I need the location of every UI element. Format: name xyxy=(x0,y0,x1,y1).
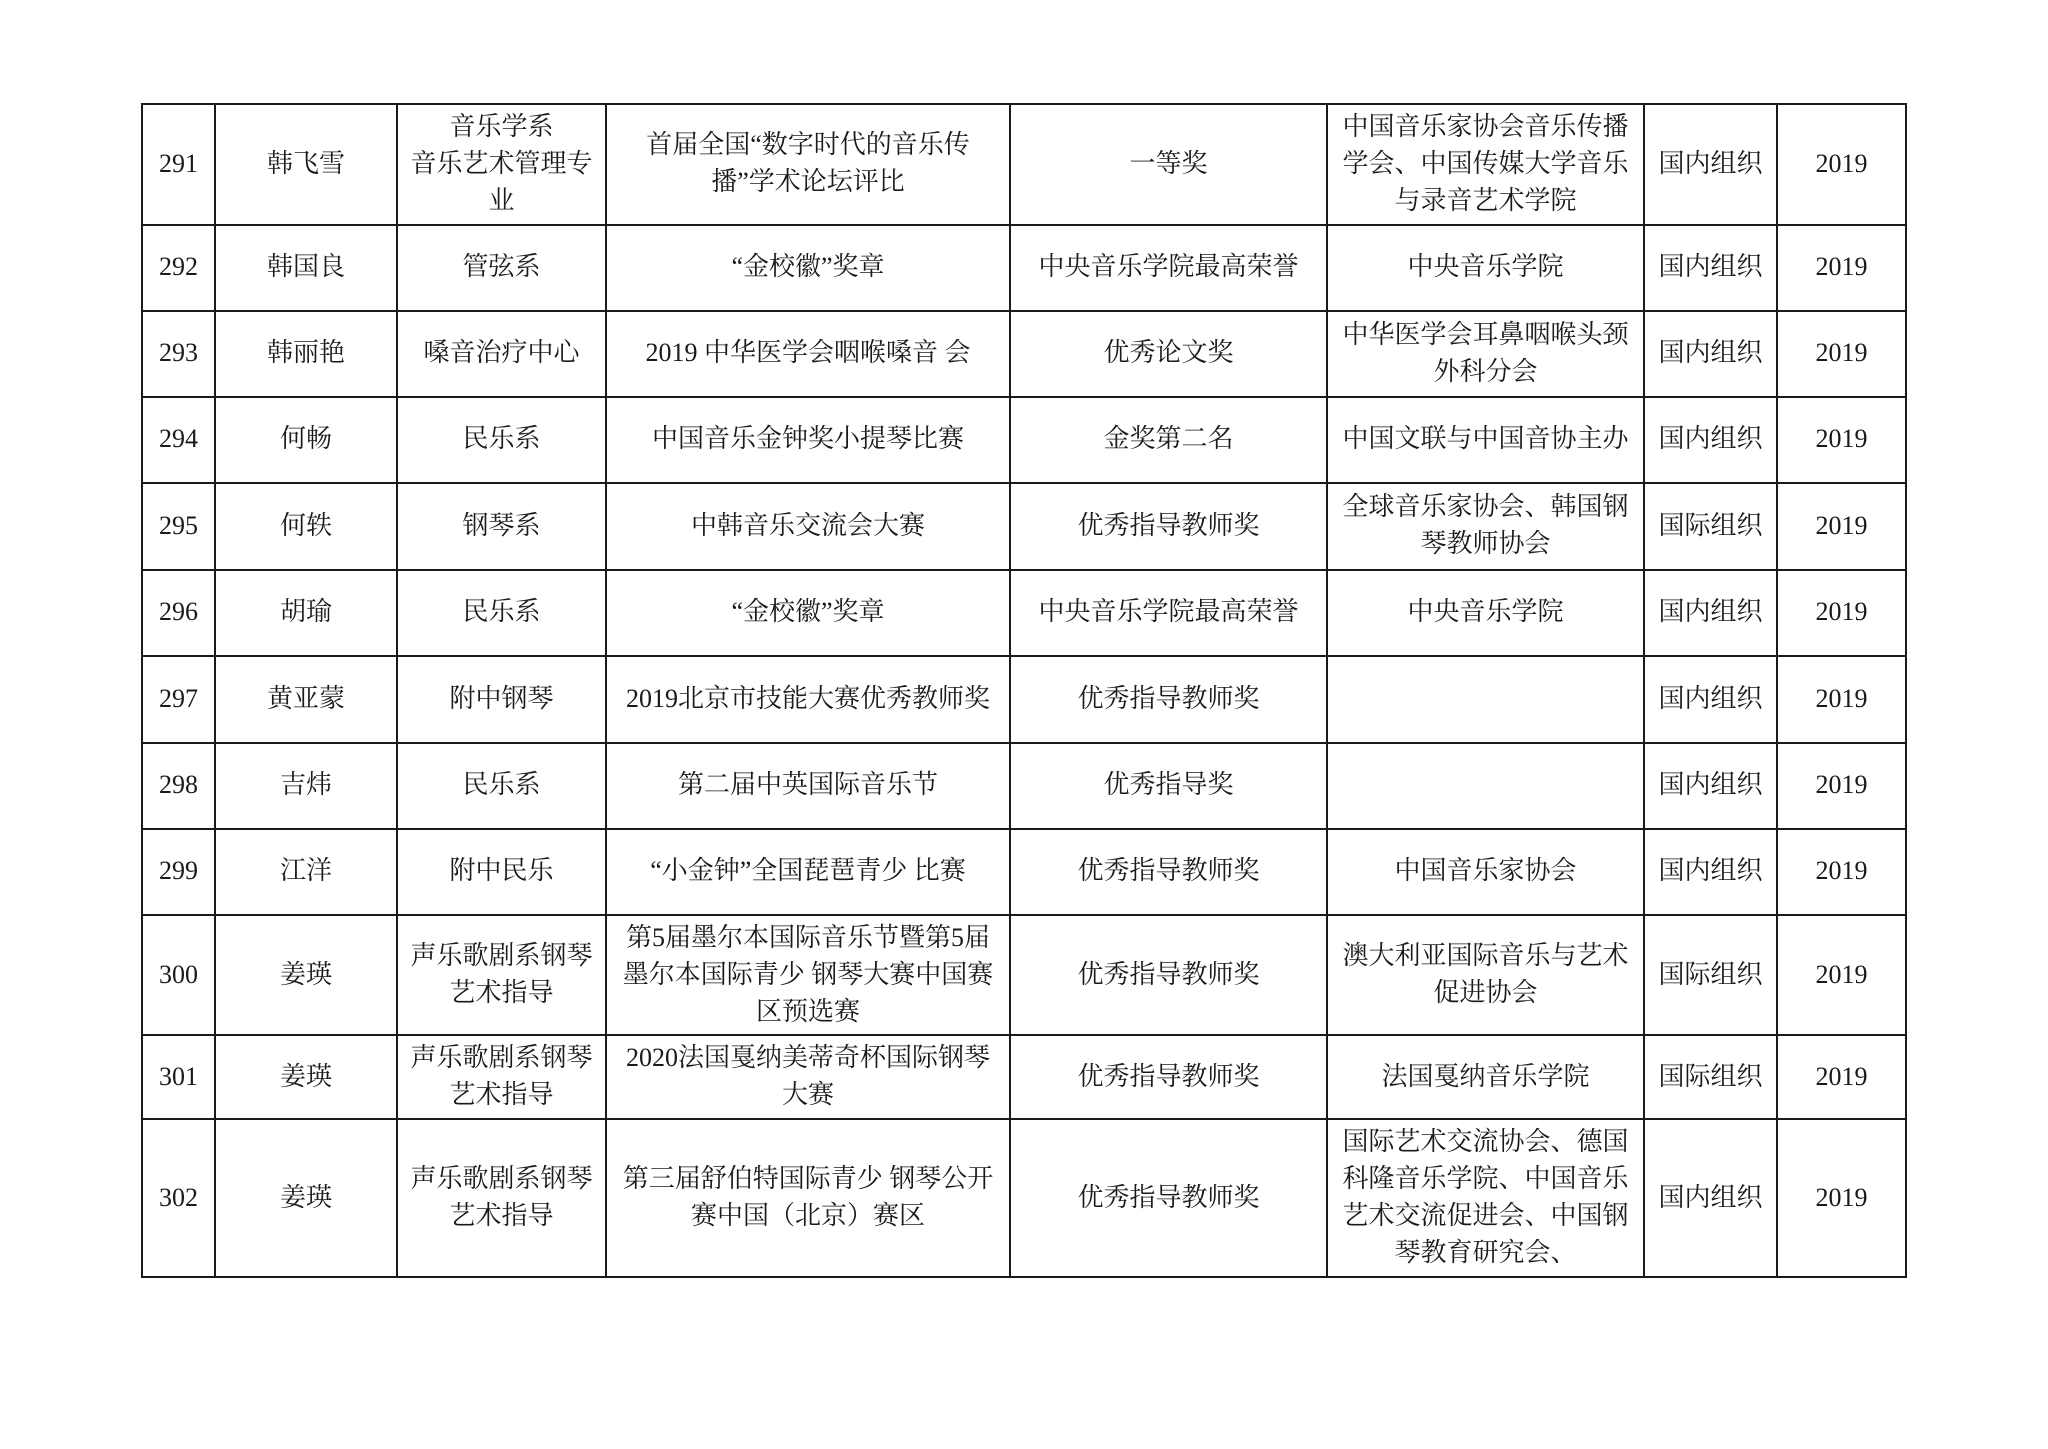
cell-year: 2019 xyxy=(1777,829,1906,915)
cell-department: 嗓音治疗中心 xyxy=(397,311,606,397)
cell-year: 2019 xyxy=(1777,311,1906,397)
cell-organization: 法国戛纳音乐学院 xyxy=(1327,1035,1644,1119)
cell-year: 2019 xyxy=(1777,1119,1906,1277)
cell-org_type: 国内组织 xyxy=(1644,397,1777,483)
cell-org_type: 国内组织 xyxy=(1644,225,1777,311)
cell-department: 管弦系 xyxy=(397,225,606,311)
cell-name: 何畅 xyxy=(215,397,397,483)
table-row: 296胡瑜民乐系“金校徽”奖章中央音乐学院最高荣誉中央音乐学院国内组织2019 xyxy=(142,570,1906,656)
cell-index: 295 xyxy=(142,483,215,570)
cell-year: 2019 xyxy=(1777,743,1906,829)
cell-organization: 中国文联与中国音协主办 xyxy=(1327,397,1644,483)
cell-competition: 首届全国“数字时代的音乐传播”学术论坛评比 xyxy=(606,104,1010,225)
cell-index: 294 xyxy=(142,397,215,483)
cell-organization: 中央音乐学院 xyxy=(1327,570,1644,656)
cell-index: 292 xyxy=(142,225,215,311)
cell-award: 优秀指导教师奖 xyxy=(1010,656,1327,743)
cell-name: 姜瑛 xyxy=(215,1119,397,1277)
table-row: 294何畅民乐系中国音乐金钟奖小提琴比赛金奖第二名中国文联与中国音协主办国内组织… xyxy=(142,397,1906,483)
cell-award: 优秀指导教师奖 xyxy=(1010,915,1327,1036)
cell-name: 吉炜 xyxy=(215,743,397,829)
cell-year: 2019 xyxy=(1777,1035,1906,1119)
cell-year: 2019 xyxy=(1777,225,1906,311)
cell-name: 江洋 xyxy=(215,829,397,915)
table-row: 291韩飞雪音乐学系 音乐艺术管理专业首届全国“数字时代的音乐传播”学术论坛评比… xyxy=(142,104,1906,225)
cell-competition: 2020法国戛纳美蒂奇杯国际钢琴大赛 xyxy=(606,1035,1010,1119)
cell-department: 音乐学系 音乐艺术管理专业 xyxy=(397,104,606,225)
cell-name: 姜瑛 xyxy=(215,915,397,1036)
cell-org_type: 国内组织 xyxy=(1644,104,1777,225)
cell-organization: 国际艺术交流协会、德国科隆音乐学院、中国音乐艺术交流促进会、中国钢琴教育研究会、 xyxy=(1327,1119,1644,1277)
table-row: 298吉炜民乐系第二届中英国际音乐节优秀指导奖国内组织2019 xyxy=(142,743,1906,829)
cell-index: 298 xyxy=(142,743,215,829)
cell-competition: 2019 中华医学会咽喉嗓音 会 xyxy=(606,311,1010,397)
cell-year: 2019 xyxy=(1777,656,1906,743)
cell-year: 2019 xyxy=(1777,570,1906,656)
cell-department: 民乐系 xyxy=(397,570,606,656)
cell-organization: 全球音乐家协会、韩国钢琴教师协会 xyxy=(1327,483,1644,570)
cell-index: 297 xyxy=(142,656,215,743)
cell-index: 301 xyxy=(142,1035,215,1119)
awards-table-body: 291韩飞雪音乐学系 音乐艺术管理专业首届全国“数字时代的音乐传播”学术论坛评比… xyxy=(142,104,1906,1277)
cell-org_type: 国内组织 xyxy=(1644,570,1777,656)
cell-award: 优秀指导教师奖 xyxy=(1010,1119,1327,1277)
cell-organization xyxy=(1327,656,1644,743)
cell-competition: 第5届墨尔本国际音乐节暨第5届墨尔本国际青少 钢琴大赛中国赛区预选赛 xyxy=(606,915,1010,1036)
awards-table: 291韩飞雪音乐学系 音乐艺术管理专业首届全国“数字时代的音乐传播”学术论坛评比… xyxy=(141,103,1907,1278)
cell-organization: 中华医学会耳鼻咽喉头颈外科分会 xyxy=(1327,311,1644,397)
cell-org_type: 国际组织 xyxy=(1644,483,1777,570)
cell-competition: 中国音乐金钟奖小提琴比赛 xyxy=(606,397,1010,483)
cell-competition: “小金钟”全国琵琶青少 比赛 xyxy=(606,829,1010,915)
document-page: 291韩飞雪音乐学系 音乐艺术管理专业首届全国“数字时代的音乐传播”学术论坛评比… xyxy=(0,0,2048,1449)
cell-org_type: 国内组织 xyxy=(1644,311,1777,397)
cell-organization: 中国音乐家协会 xyxy=(1327,829,1644,915)
cell-department: 声乐歌剧系钢琴艺术指导 xyxy=(397,1035,606,1119)
cell-index: 302 xyxy=(142,1119,215,1277)
cell-year: 2019 xyxy=(1777,104,1906,225)
cell-year: 2019 xyxy=(1777,483,1906,570)
cell-index: 293 xyxy=(142,311,215,397)
cell-award: 优秀指导奖 xyxy=(1010,743,1327,829)
table-row: 300姜瑛声乐歌剧系钢琴艺术指导第5届墨尔本国际音乐节暨第5届墨尔本国际青少 钢… xyxy=(142,915,1906,1036)
cell-name: 何轶 xyxy=(215,483,397,570)
cell-competition: 中韩音乐交流会大赛 xyxy=(606,483,1010,570)
cell-award: 一等奖 xyxy=(1010,104,1327,225)
cell-organization: 澳大利亚国际音乐与艺术促进协会 xyxy=(1327,915,1644,1036)
cell-name: 胡瑜 xyxy=(215,570,397,656)
cell-year: 2019 xyxy=(1777,915,1906,1036)
table-row: 299江洋附中民乐“小金钟”全国琵琶青少 比赛优秀指导教师奖中国音乐家协会国内组… xyxy=(142,829,1906,915)
cell-organization xyxy=(1327,743,1644,829)
cell-department: 民乐系 xyxy=(397,743,606,829)
cell-competition: “金校徽”奖章 xyxy=(606,570,1010,656)
cell-org_type: 国内组织 xyxy=(1644,829,1777,915)
cell-competition: “金校徽”奖章 xyxy=(606,225,1010,311)
cell-department: 附中钢琴 xyxy=(397,656,606,743)
cell-department: 声乐歌剧系钢琴艺术指导 xyxy=(397,915,606,1036)
cell-name: 韩飞雪 xyxy=(215,104,397,225)
cell-index: 291 xyxy=(142,104,215,225)
cell-org_type: 国际组织 xyxy=(1644,915,1777,1036)
cell-competition: 第二届中英国际音乐节 xyxy=(606,743,1010,829)
cell-award: 优秀指导教师奖 xyxy=(1010,829,1327,915)
cell-award: 金奖第二名 xyxy=(1010,397,1327,483)
table-row: 302姜瑛声乐歌剧系钢琴艺术指导第三届舒伯特国际青少 钢琴公开赛中国（北京）赛区… xyxy=(142,1119,1906,1277)
cell-award: 中央音乐学院最高荣誉 xyxy=(1010,225,1327,311)
cell-org_type: 国内组织 xyxy=(1644,743,1777,829)
cell-org_type: 国内组织 xyxy=(1644,1119,1777,1277)
cell-award: 中央音乐学院最高荣誉 xyxy=(1010,570,1327,656)
cell-award: 优秀指导教师奖 xyxy=(1010,1035,1327,1119)
cell-organization: 中央音乐学院 xyxy=(1327,225,1644,311)
cell-org_type: 国内组织 xyxy=(1644,656,1777,743)
cell-name: 姜瑛 xyxy=(215,1035,397,1119)
table-row: 292韩国良管弦系“金校徽”奖章中央音乐学院最高荣誉中央音乐学院国内组织2019 xyxy=(142,225,1906,311)
cell-competition: 2019北京市技能大赛优秀教师奖 xyxy=(606,656,1010,743)
cell-department: 附中民乐 xyxy=(397,829,606,915)
table-row: 297黄亚蒙附中钢琴2019北京市技能大赛优秀教师奖优秀指导教师奖国内组织201… xyxy=(142,656,1906,743)
cell-index: 299 xyxy=(142,829,215,915)
cell-award: 优秀指导教师奖 xyxy=(1010,483,1327,570)
table-row: 293韩丽艳嗓音治疗中心2019 中华医学会咽喉嗓音 会优秀论文奖中华医学会耳鼻… xyxy=(142,311,1906,397)
cell-name: 黄亚蒙 xyxy=(215,656,397,743)
cell-department: 声乐歌剧系钢琴艺术指导 xyxy=(397,1119,606,1277)
cell-name: 韩国良 xyxy=(215,225,397,311)
cell-index: 300 xyxy=(142,915,215,1036)
cell-organization: 中国音乐家协会音乐传播学会、中国传媒大学音乐与录音艺术学院 xyxy=(1327,104,1644,225)
cell-competition: 第三届舒伯特国际青少 钢琴公开赛中国（北京）赛区 xyxy=(606,1119,1010,1277)
cell-year: 2019 xyxy=(1777,397,1906,483)
cell-department: 民乐系 xyxy=(397,397,606,483)
cell-name: 韩丽艳 xyxy=(215,311,397,397)
cell-department: 钢琴系 xyxy=(397,483,606,570)
table-row: 301姜瑛声乐歌剧系钢琴艺术指导2020法国戛纳美蒂奇杯国际钢琴大赛优秀指导教师… xyxy=(142,1035,1906,1119)
table-row: 295何轶钢琴系中韩音乐交流会大赛优秀指导教师奖全球音乐家协会、韩国钢琴教师协会… xyxy=(142,483,1906,570)
cell-award: 优秀论文奖 xyxy=(1010,311,1327,397)
cell-org_type: 国际组织 xyxy=(1644,1035,1777,1119)
cell-index: 296 xyxy=(142,570,215,656)
